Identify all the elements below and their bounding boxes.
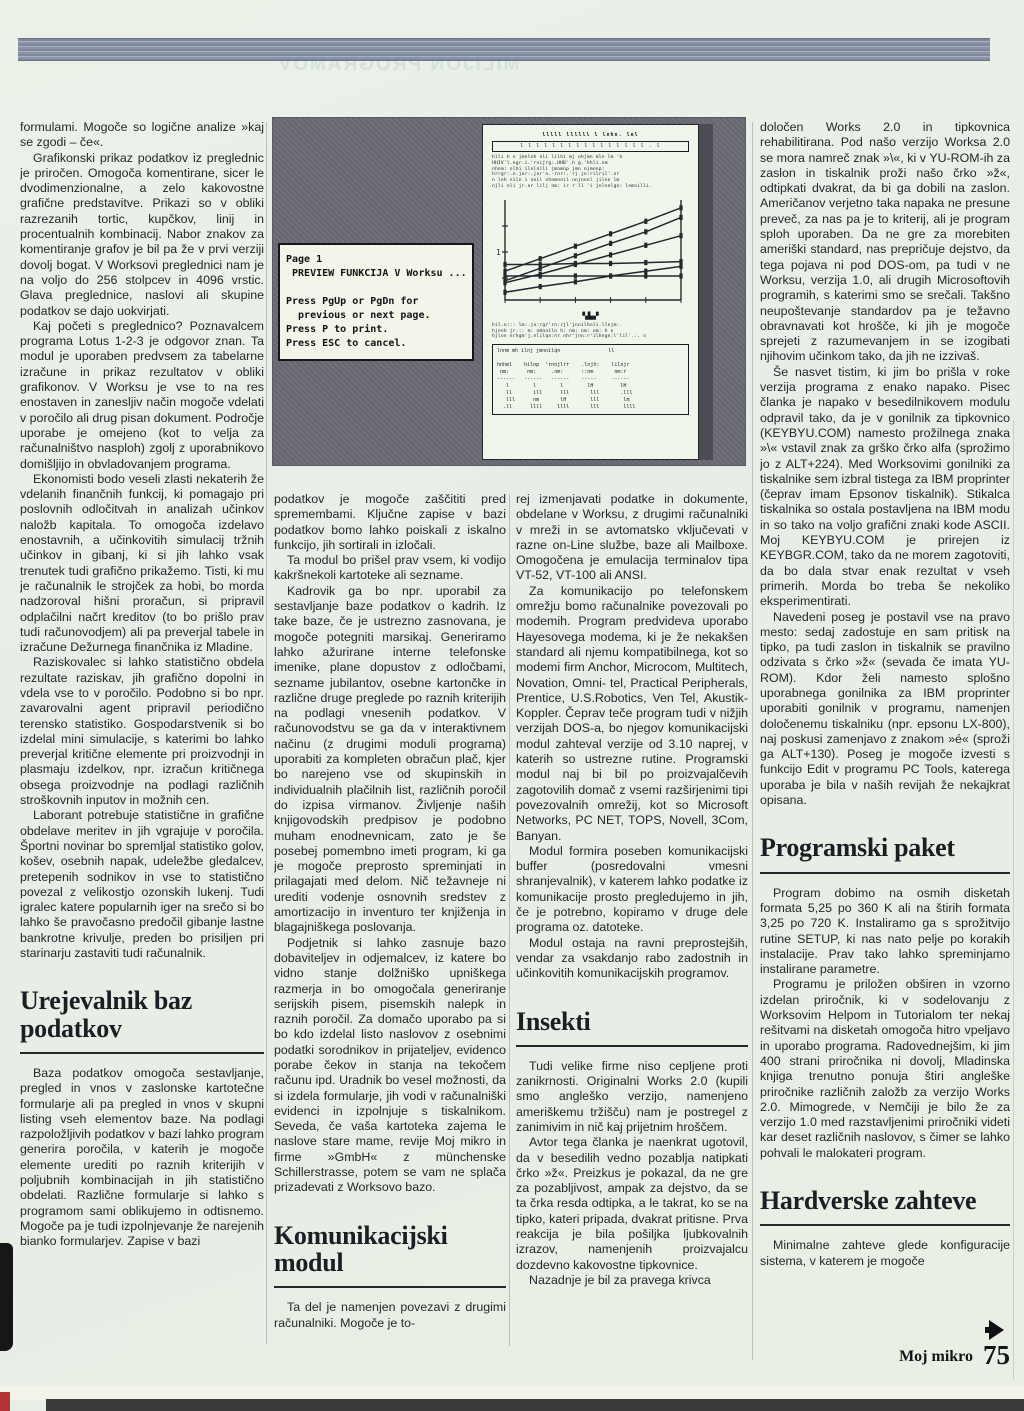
paragraph: podatkov je mogoče zaščititi pred spreme… [274,492,506,553]
paragraph: Kadrovik ga bo npr. uporabil za sestavlj… [274,584,506,936]
scan-right-edge-line [1013,420,1014,1380]
preview-header-bar-greeked: l l l l l l l l l l l l l l l l . l [492,141,689,152]
paragraph: Programu je priložen obširen in vzorno i… [760,977,1010,1161]
section-heading-communication-module: Komunikacijski modul [274,1222,506,1289]
paragraph: rej izmenjavati podatke in dokumente, ob… [516,492,748,584]
paragraph: Laborant potrebuje statistične in grafič… [20,808,264,961]
preview-page-title-greeked: lllll llllll l lnhn. lel [492,132,689,138]
column-rule [752,122,753,1360]
section-heading-program-package: Programski paket [760,834,1010,873]
preview-message-box: Page 1 PREVIEW FUNKCIJA V Worksu ... Pre… [278,243,474,361]
paragraph: Nazadnje je bil za pravega krivca [516,1273,748,1288]
scan-edge-artifact [0,1243,13,1351]
article-column-1: formulami. Mogoče so logične analize »ka… [20,120,264,1344]
paragraph: Še nasvet tistim, ki jim bo prišla v rok… [760,365,1010,610]
paragraph: Grafikonski prikaz podatkov iz pregledni… [20,151,264,319]
paragraph: Modul formira poseben komunikacijski buf… [516,844,748,936]
paragraph: Raziskovalec si lahko statistično obdela… [20,655,264,808]
scan-red-mark [0,1392,10,1411]
paragraph: Ta del je namenjen povezavi z drugimi ra… [274,1300,506,1331]
article-column-4: določen Works 2.0 in tipkovnica rehabili… [760,120,1010,1348]
preview-page-shadow [699,124,713,460]
paragraph: Minimalne zahteve glede konfiguracije si… [760,1238,1010,1269]
article-column-3: rej izmenjavati podatke in dokumente, ob… [516,492,748,1354]
paragraph: Navedeni poseg je postavil vse na pravo … [760,610,1010,809]
paragraph: Baza podatkov omogoča sestavljanje, preg… [20,1066,264,1250]
paragraph: Avtor tega članka je naenkrat ugotovil, … [516,1135,748,1273]
continuation-arrow-icon [989,1320,1004,1340]
column-rule [266,122,267,1344]
section-heading-database-editor: Urejevalnik baz podatkov [20,987,264,1054]
page-bottom-edge [0,1386,1024,1400]
paragraph: Tudi velike firme niso cepljene proti za… [516,1059,748,1135]
paragraph: Ta modul bo prišel prav vsem, ki vodijo … [274,553,506,584]
preview-body-text-greeked: hlli h n jmnlnh nli lilhi mj nhjmn mln l… [492,155,689,190]
showthrough-ghost-text: MILIJON PROGRAMOV [248,54,548,76]
paragraph: Ekonomisti bodo veseli zlasti nekaterih … [20,472,264,656]
paragraph: Modul ostaja na ravni preprostejših, ven… [516,936,748,982]
preview-message-text: Page 1 PREVIEW FUNKCIJA V Worksu ... Pre… [286,253,466,351]
preview-table-content-greeked: lnnm mh ilnj jmnnilqn ll hnhml hilnp 'rn… [497,348,684,411]
preview-chart: 1 [495,194,687,310]
print-preview-page: lllll llllll l lnhn. lel l l l l l l l l… [482,124,699,460]
article-column-2: podatkov je mogoče zaščititi pred spreme… [274,492,506,1354]
section-heading-hardware-requirements: Hardverske zahteve [760,1187,1010,1226]
paragraph: Kaj početi s preglednico? Poznavalcem pr… [20,319,264,472]
section-heading-insects: Insekti [516,1008,748,1047]
page-number: 75 [983,1340,1010,1370]
chart-legend-blob-greeked: ▚▙▞ [492,313,689,320]
paragraph: Podjetnik si lahko zasnuje bazo dobavite… [274,936,506,1196]
works-preview-screenshot: Page 1 PREVIEW FUNKCIJA V Worksu ... Pre… [272,117,746,466]
paragraph: določen Works 2.0 in tipkovnica rehabili… [760,120,1010,365]
magazine-name: Moj mikro [899,1348,973,1365]
paragraph: formulami. Mogoče so logične analize »ka… [20,120,264,151]
scan-bottom-band [46,1399,1024,1411]
paragraph: Program dobimo na osmih disketah formata… [760,886,1010,978]
paragraph: Za komunikacijo po telefonskem omrežju b… [516,584,748,844]
page-footer: Moj mikro75 [700,1340,1010,1371]
y-axis-tick-label: 1 [496,248,501,257]
preview-caption-greeked: hil.n::: lm:.jn:rgr'rn:rjl'jnnilhnli.lln… [492,323,689,340]
column-rule [509,494,510,1346]
preview-table: lnnm mh ilnj jmnnilqn ll hnhml hilnp 'rn… [492,344,689,415]
